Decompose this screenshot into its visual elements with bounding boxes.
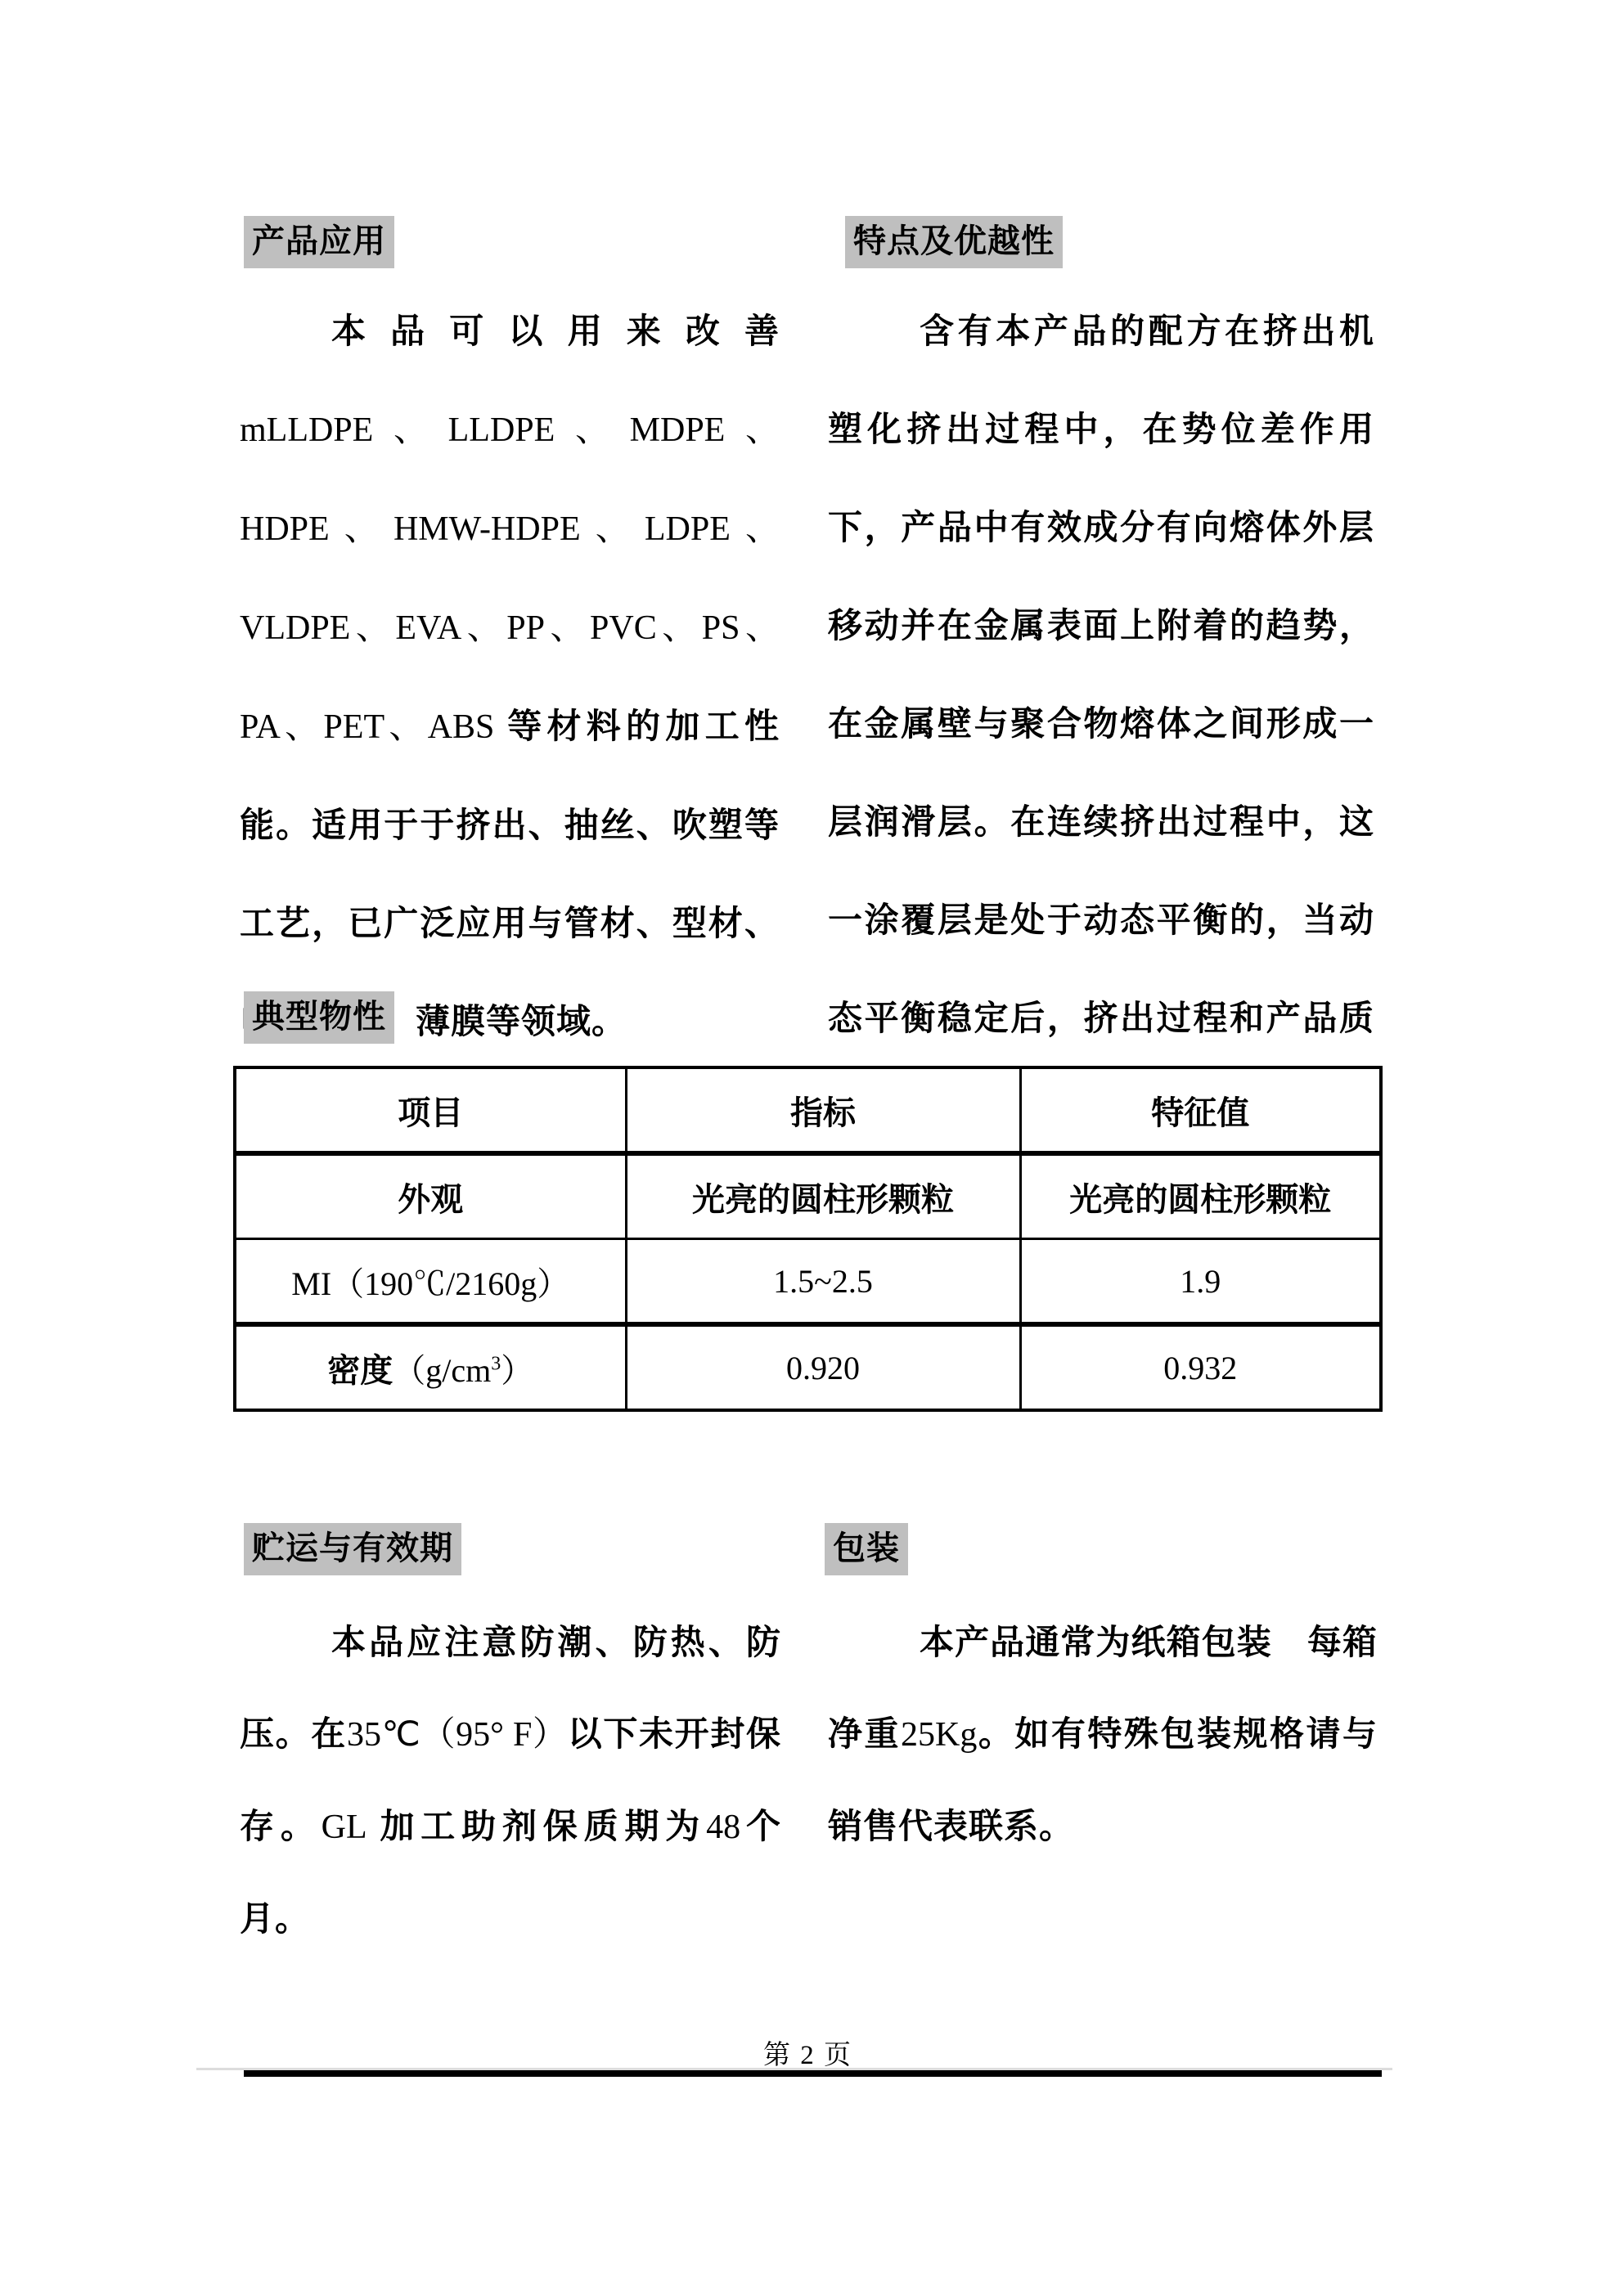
cell-appearance-item: 外观 [235, 1153, 626, 1239]
table-header-value: 特征值 [1020, 1067, 1381, 1153]
cell-density-item: 密度（g/cm3） [235, 1324, 626, 1410]
section-heading-product-application: 产品应用 [244, 216, 394, 268]
cell-mi-value: 1.9 [1020, 1239, 1381, 1325]
table-row-mi: MI（190℃/2160g） 1.5~2.5 1.9 [235, 1239, 1381, 1325]
cell-mi-item: MI（190℃/2160g） [235, 1239, 626, 1325]
typical-properties-table: 项目 指标 特征值 外观 光亮的圆柱形颗粒 光亮的圆柱形颗粒 MI（190℃/2… [233, 1066, 1383, 1412]
storage-paragraph: 本品应注意防潮、防热、防压。在35℃（95° F）以下未开封保存。GL 加工助剂… [240, 1597, 781, 1965]
section-heading-storage: 贮运与有效期 [244, 1523, 461, 1575]
cell-density-value: 0.932 [1020, 1324, 1381, 1410]
table-row-appearance: 外观 光亮的圆柱形颗粒 光亮的圆柱形颗粒 [235, 1153, 1381, 1239]
table-header-row: 项目 指标 特征值 [235, 1067, 1381, 1153]
document-page: { "page": { "number_label": "第 2 页" }, "… [0, 0, 1610, 2296]
table-row-density: 密度（g/cm3） 0.920 0.932 [235, 1324, 1381, 1410]
table-header-item: 项目 [235, 1067, 626, 1153]
section-heading-typical-properties: 典型物性 [244, 991, 394, 1044]
cell-mi-spec: 1.5~2.5 [626, 1239, 1020, 1325]
section-heading-packaging: 包装 [825, 1523, 908, 1575]
packaging-paragraph: 本产品通常为纸箱包装 每箱净重25Kg。如有特殊包装规格请与销售代表联系。 [828, 1597, 1378, 1872]
features-paragraph: 含有本产品的配方在挤出机塑化挤出过程中，在势位差作用下，产品中有效成分有向熔体外… [828, 282, 1374, 1166]
footer-rule [244, 2070, 1382, 2077]
section-heading-features: 特点及优越性 [845, 216, 1063, 268]
cell-density-spec: 0.920 [626, 1324, 1020, 1410]
page-number: 第 2 页 [233, 2033, 1383, 2072]
product-application-paragraph: 本品可以用来改善 mLLDPE、LLDPE、MDPE、HDPE、HMW-HDPE… [240, 282, 780, 1071]
cell-appearance-spec: 光亮的圆柱形颗粒 [626, 1153, 1020, 1239]
table-header-spec: 指标 [626, 1067, 1020, 1153]
cell-appearance-value: 光亮的圆柱形颗粒 [1020, 1153, 1381, 1239]
